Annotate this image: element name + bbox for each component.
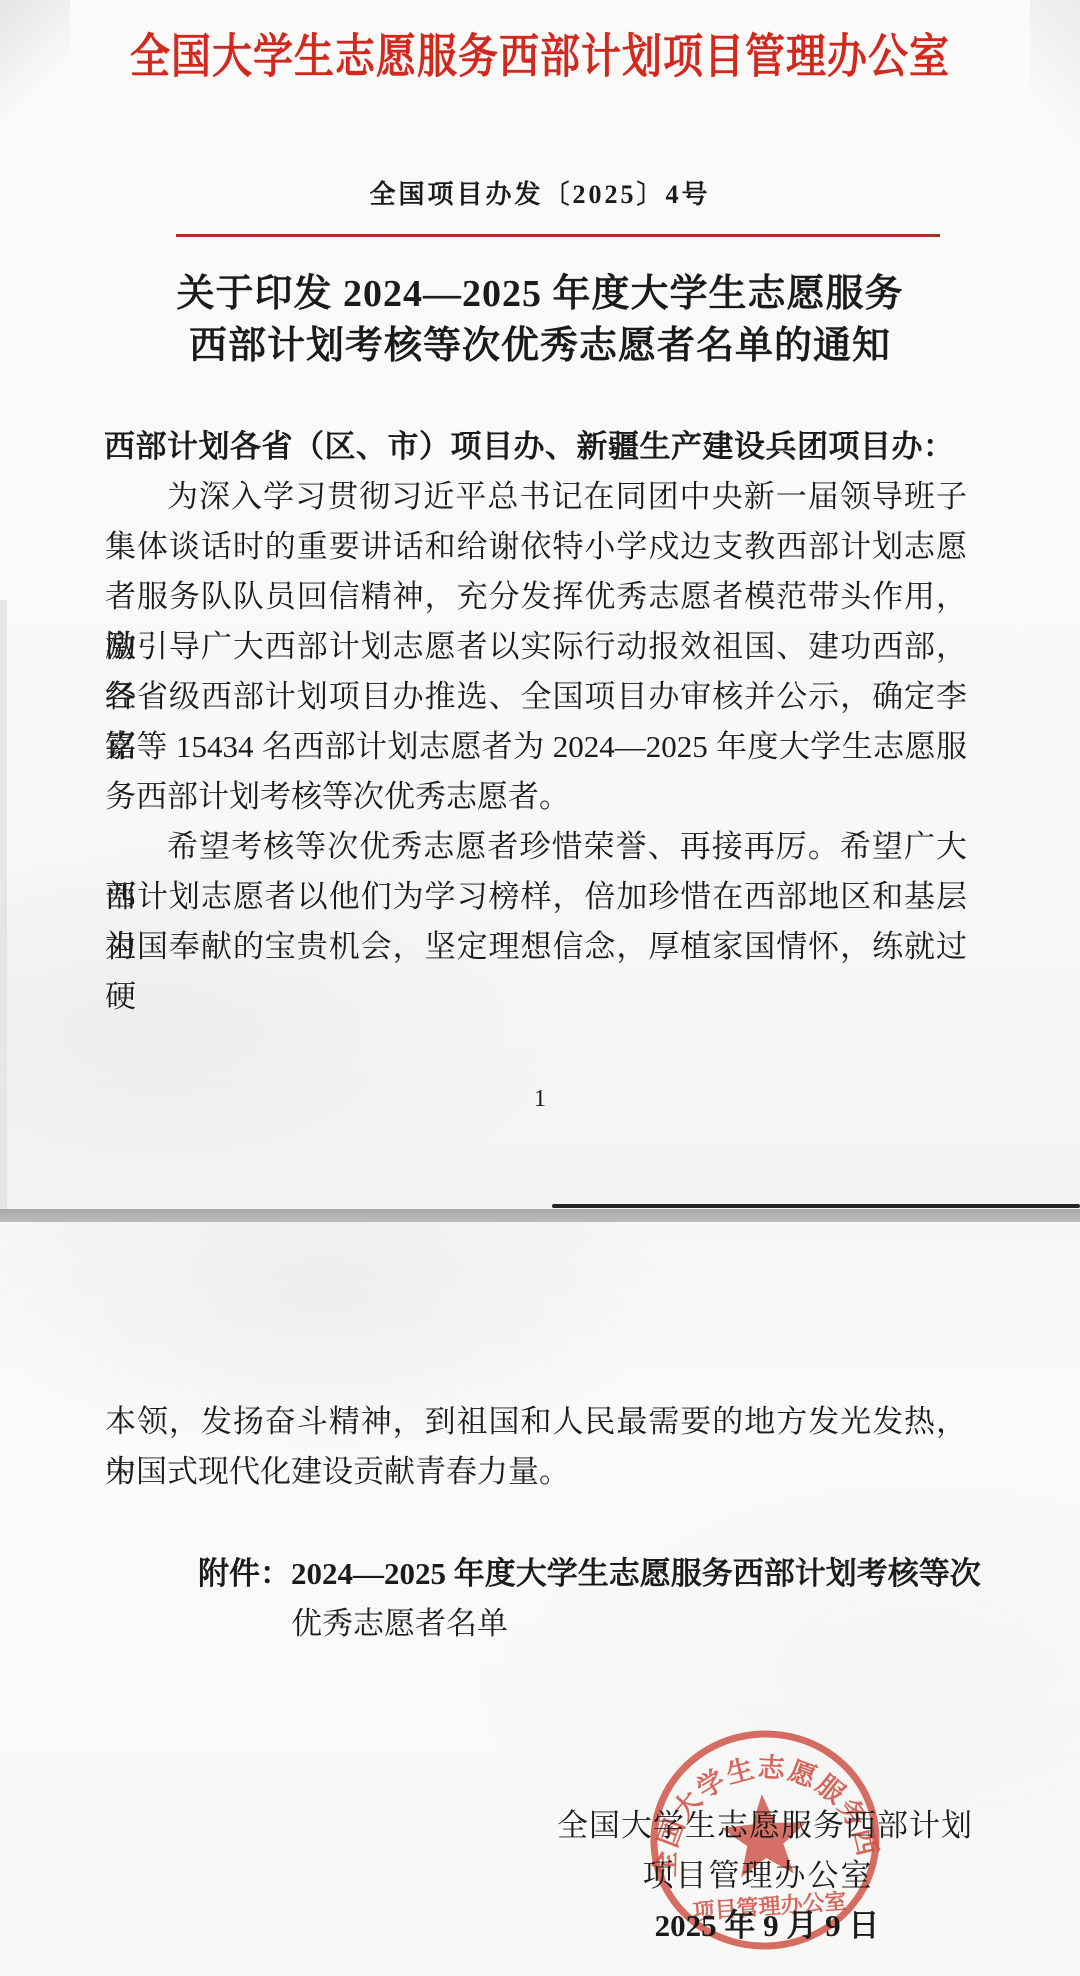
- red-header-masthead: 全国大学生志愿服务西部计划项目管理办公室: [0, 16, 1080, 99]
- attachment-line-1: 附件：2024—2025 年度大学生志愿服务西部计划考核等次: [105, 1549, 1005, 1599]
- signature-date: 2025 年 9 月 9 日: [227, 1906, 1080, 1946]
- paragraph-2: 希望考核等次优秀志愿者珍惜荣誉、再接再厉。希望广大西 部计划志愿者以他们为学习榜…: [105, 822, 967, 972]
- red-divider-rule: [176, 234, 940, 237]
- body-line: 各省级西部计划项目办推选、全国项目办审核并公示，确定李嘉: [105, 672, 967, 722]
- body-line: 部计划志愿者以他们为学习榜样，倍加珍惜在西部地区和基层为: [105, 872, 967, 922]
- attachment-line-2: 优秀志愿者名单: [105, 1599, 1005, 1649]
- attachment-block: 附件：2024—2025 年度大学生志愿服务西部计划考核等次 优秀志愿者名单: [105, 1549, 1005, 1649]
- paragraph-2-continued: 本领，发扬奋斗精神，到祖国和人民最需要的地方发光发热，为 中国式现代化建设贡献青…: [105, 1397, 967, 1497]
- body-line: 集体谈话时的重要讲话和给谢依特小学戍边支教西部计划志愿: [105, 522, 967, 572]
- paragraph-1: 为深入学习贯彻习近平总书记在同团中央新一届领导班子 集体谈话时的重要讲话和给谢依…: [105, 472, 967, 822]
- signature-org-line-2: 项目管理办公室: [218, 1856, 1080, 1896]
- page-edge-shadow: [552, 1204, 1080, 1208]
- document-title: 关于印发 2024—2025 年度大学生志愿服务 西部计划考核等次优秀志愿者名单…: [0, 268, 1080, 372]
- body-line: 务西部计划考核等次优秀志愿者。: [105, 772, 967, 822]
- scanned-document: 全国大学生志愿服务西部计划项目管理办公室 全国项目办发〔2025〕4号 关于印发…: [0, 0, 1080, 1976]
- body-line: 本领，发扬奋斗精神，到祖国和人民最需要的地方发光发热，为: [105, 1397, 967, 1447]
- body-line: 铭等 15434 名西部计划志愿者为 2024—2025 年度大学生志愿服: [105, 722, 967, 772]
- body-line: 祖国奉献的宝贵机会，坚定理想信念，厚植家国情怀，练就过硬: [105, 922, 967, 972]
- body-line: 为深入学习贯彻习近平总书记在同团中央新一届领导班子: [105, 472, 967, 522]
- document-title-line-2: 西部计划考核等次优秀志愿者名单的通知: [0, 320, 1080, 372]
- document-title-line-1: 关于印发 2024—2025 年度大学生志愿服务: [0, 268, 1080, 320]
- recipient-line: 西部计划各省（区、市）项目办、新疆生产建设兵团项目办：: [104, 429, 984, 465]
- body-line: 者服务队队员回信精神，充分发挥优秀志愿者模范带头作用，激: [105, 572, 967, 622]
- page-number: 1: [0, 1084, 1080, 1114]
- signature-org-line-1: 全国大学生志愿服务西部计划: [225, 1806, 1080, 1846]
- body-line: 励引导广大西部计划志愿者以实际行动报效祖国、建功西部，经: [105, 622, 967, 672]
- body-line: 希望考核等次优秀志愿者珍惜荣誉、再接再厉。希望广大西: [105, 822, 967, 872]
- document-number: 全国项目办发〔2025〕4号: [0, 178, 1080, 212]
- page-separator: [0, 1209, 1080, 1222]
- body-line: 中国式现代化建设贡献青春力量。: [105, 1447, 967, 1497]
